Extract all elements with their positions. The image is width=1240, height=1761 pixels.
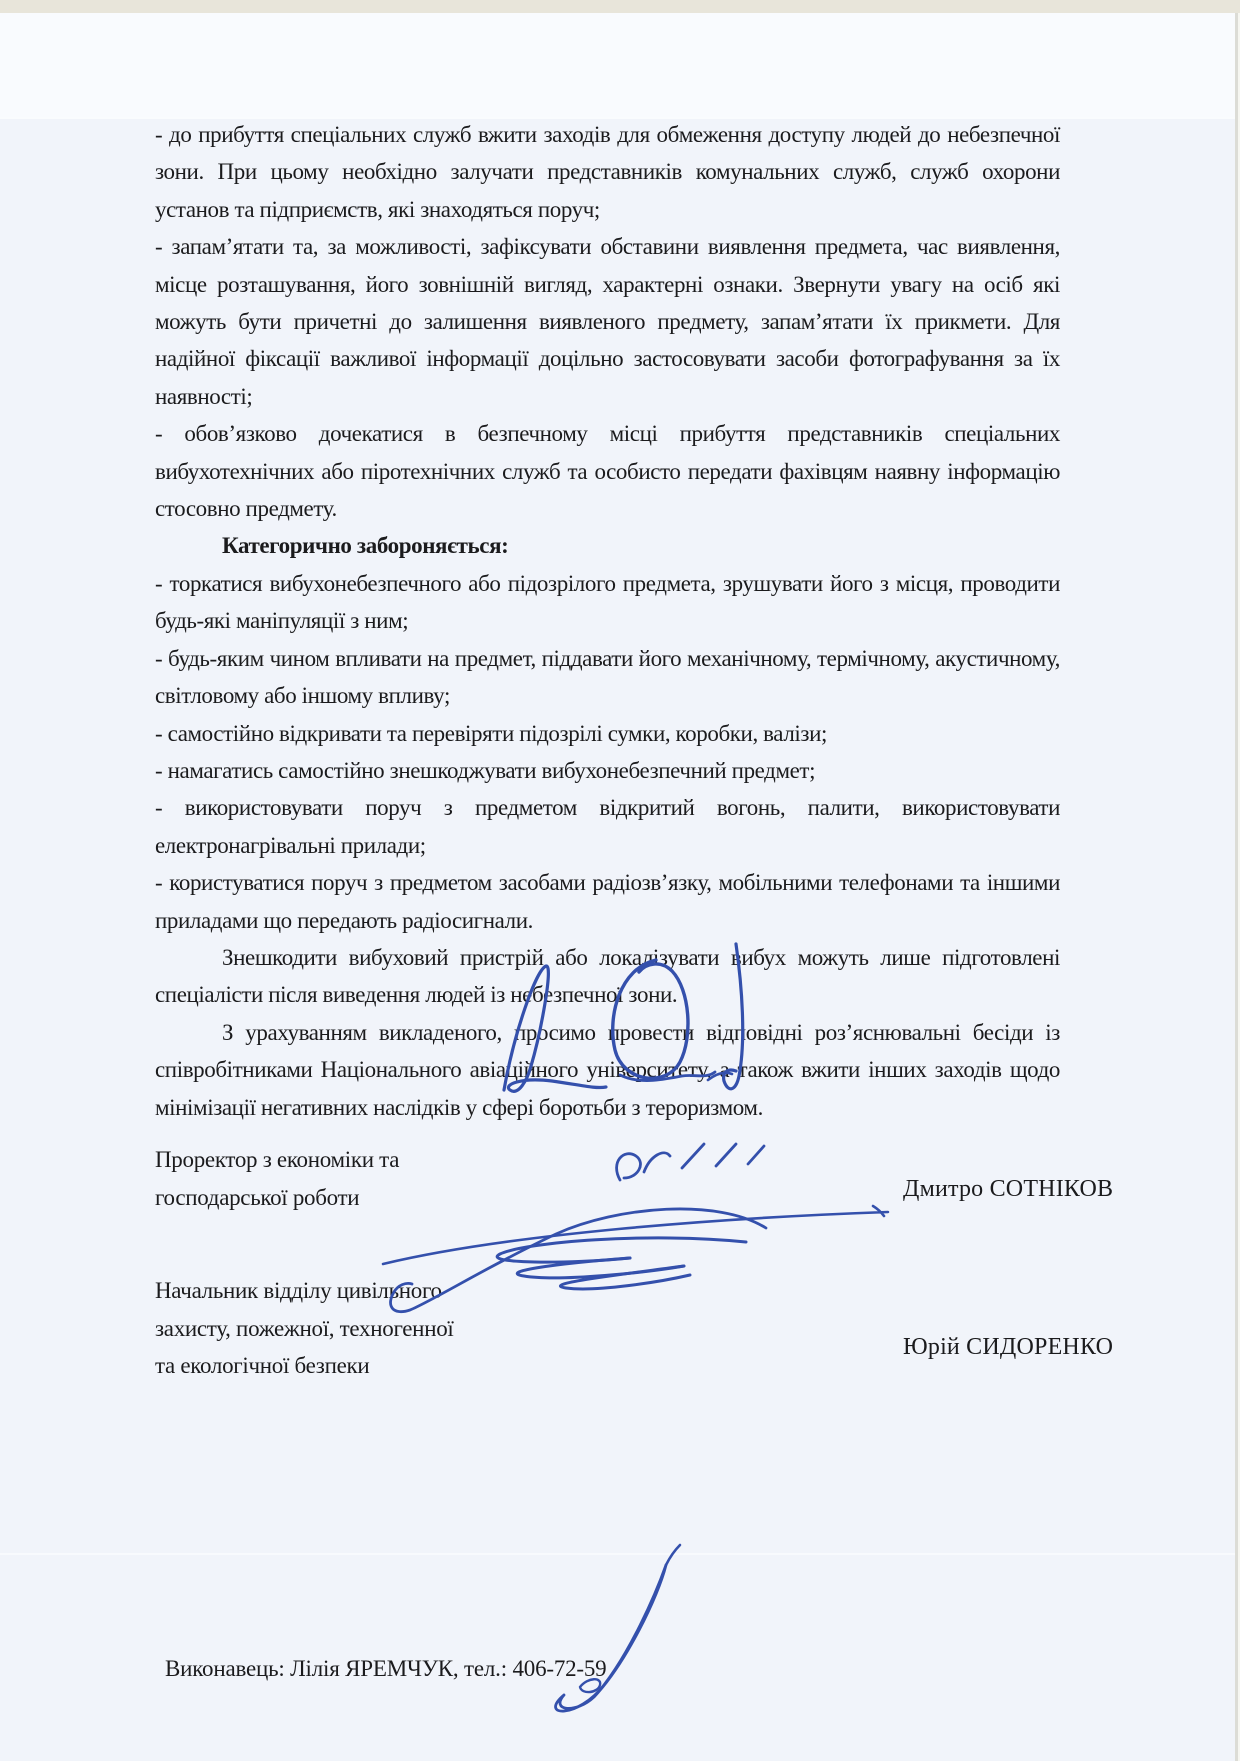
scan-artifact-top-band	[0, 13, 1240, 117]
section-heading: Категорично забороняється:	[155, 527, 1060, 564]
document-page: - до прибуття спеціальних служб вжити за…	[0, 0, 1240, 1761]
signature-ink-sydorenko	[288, 1142, 903, 1317]
signatory-title-line: та екологічної безпеки	[155, 1347, 575, 1385]
paragraph: - використовувати поруч з предметом відк…	[155, 789, 1060, 864]
signatory-name-sotnikov: Дмитро СОТНІКОВ	[903, 1176, 1203, 1203]
paragraph: - обов’язково дочекатися в безпечному мі…	[155, 415, 1060, 527]
paragraph: - самостійно відкривати та перевіряти пі…	[155, 715, 1060, 752]
scan-artifact-top-strip	[0, 0, 1240, 13]
signature-ink-executor	[508, 1543, 683, 1723]
paragraph: - намагатись самостійно знешкоджувати ви…	[155, 752, 1060, 789]
paragraph: - запам’ятати та, за можливості, зафіксу…	[155, 228, 1060, 415]
signature-ink-sotnikov	[468, 938, 778, 1123]
paragraph: - користуватися поруч з предметом засоба…	[155, 864, 1060, 939]
signatory-name-sydorenko: Юрій СИДОРЕНКО	[903, 1334, 1203, 1361]
paragraph: - торкатися вибухонебезпечного або підоз…	[155, 565, 1060, 640]
paragraph: - до прибуття спеціальних служб вжити за…	[155, 116, 1060, 228]
paragraph: - будь-яким чином впливати на предмет, п…	[155, 640, 1060, 715]
